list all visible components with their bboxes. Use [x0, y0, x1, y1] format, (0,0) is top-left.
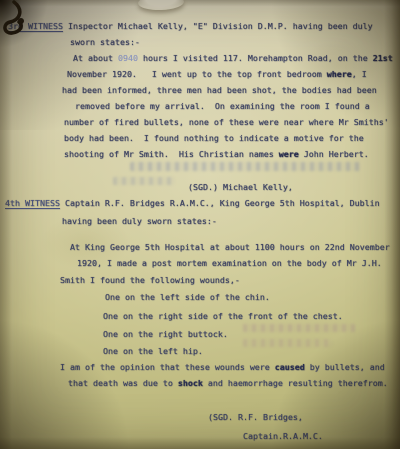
document-line: At King George 5th Hospital at about 110… — [70, 242, 390, 252]
text-run: were — [279, 149, 299, 159]
document-line: body had been. I found nothing to indica… — [64, 133, 364, 143]
document-line: 1920, I made a post mortem examination o… — [77, 258, 382, 268]
witness-label: 4th WITNESS — [5, 198, 60, 208]
document-line: having been duly sworn states:- — [62, 216, 217, 226]
text-run: (SGD.) Michael Kelly, — [188, 182, 293, 192]
document-line: One on the left side of the chin. — [105, 292, 270, 302]
text-run: Captain R.F. Bridges R.A.M.C., King Geor… — [60, 198, 380, 208]
corner-shadow-bottom-right — [250, 319, 400, 449]
document-line: (SGD.) Michael Kelly, — [188, 182, 293, 192]
text-run: shooting of Mr Smith. His Christian name… — [64, 149, 279, 159]
corner-shadow-bottom-left — [0, 319, 150, 449]
corner-shadow-top-right — [250, 0, 400, 130]
text-run: Smith I found the following wounds,- — [60, 275, 240, 285]
document-photo: 3rd WITNESS Inspector Michael Kelly, "E"… — [0, 0, 400, 449]
binder-string-icon — [0, 0, 60, 60]
text-run: shock — [178, 378, 203, 388]
text-run: At King George 5th Hospital at about 110… — [70, 242, 390, 252]
text-run: body had been. I found nothing to indica… — [64, 133, 364, 143]
text-run: 1920, I made a post mortem examination o… — [77, 258, 382, 268]
document-line: Smith I found the following wounds,- — [60, 275, 240, 285]
document-line: shooting of Mr Smith. His Christian name… — [64, 149, 369, 159]
text-run: One on the left side of the chin. — [105, 292, 270, 302]
text-run: having been duly sworn states:- — [62, 216, 217, 226]
document-line: 4th WITNESS Captain R.F. Bridges R.A.M.C… — [5, 198, 380, 208]
text-run: John Herbert. — [299, 149, 369, 159]
